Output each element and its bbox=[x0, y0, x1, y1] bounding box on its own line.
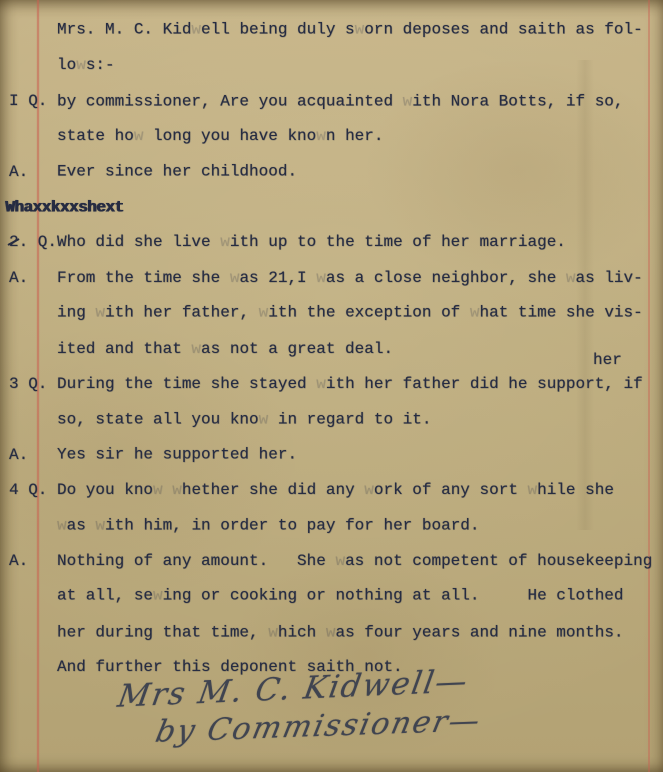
faint-w-glyph: w bbox=[470, 304, 480, 322]
question-label: 3 Q. bbox=[9, 375, 47, 393]
typed-line: I Q. by commissioner, Are you acquainted… bbox=[0, 83, 663, 118]
faint-w-glyph: w bbox=[153, 587, 163, 605]
typed-line: 2. Q. Who did she live with up to the ti… bbox=[0, 224, 663, 259]
faint-w-glyph: w bbox=[230, 269, 240, 287]
faint-w-glyph: w bbox=[76, 56, 86, 74]
faint-w-glyph: w bbox=[153, 481, 163, 499]
typed-line: A. Nothing of any amount. She was not co… bbox=[0, 543, 663, 578]
faint-w-glyph: w bbox=[95, 517, 105, 535]
typed-line: And further this deponent saith not. bbox=[0, 649, 663, 684]
line-text: lows:- bbox=[57, 56, 115, 74]
inserted-word: her bbox=[593, 351, 622, 369]
faint-w-glyph: w bbox=[364, 481, 374, 499]
question-label: 4 Q. bbox=[9, 481, 47, 499]
line-text: so, state all you know in regard to it. bbox=[57, 411, 431, 429]
line-text: Yes sir he supported her. bbox=[57, 445, 297, 463]
typed-line: at all, sewing or cooking or nothing at … bbox=[0, 578, 663, 613]
faint-w-glyph: w bbox=[326, 623, 336, 641]
faint-w-glyph: w bbox=[172, 481, 182, 499]
answer-label: A. bbox=[9, 163, 28, 181]
line-text: her during that time, which was four yea… bbox=[57, 623, 624, 641]
faint-w-glyph: w bbox=[259, 411, 269, 429]
line-text: state how long you have known her. bbox=[57, 127, 383, 145]
line-text: by commissioner, Are you acquainted with… bbox=[57, 92, 624, 110]
line-text: at all, sewing or cooking or nothing at … bbox=[57, 587, 624, 605]
typed-line: ited and that was not a great deal. bbox=[0, 331, 663, 366]
line-text: And further this deponent saith not. bbox=[57, 658, 403, 676]
typed-line: A. From the time she was 21,I was a clos… bbox=[0, 260, 663, 295]
faint-w-glyph: w bbox=[259, 304, 269, 322]
faint-w-glyph: w bbox=[95, 304, 105, 322]
faint-w-glyph: w bbox=[335, 552, 345, 570]
typed-line: Mrs. M. C. Kidwell being duly sworn depo… bbox=[0, 12, 663, 47]
faint-w-glyph: w bbox=[355, 21, 365, 39]
struck-out-text: Whaxxkxxshext bbox=[5, 199, 123, 217]
answer-label: A. bbox=[9, 552, 28, 570]
line-text: Mrs. M. C. Kidwell being duly sworn depo… bbox=[57, 21, 643, 39]
faint-w-glyph: w bbox=[403, 92, 413, 110]
line-text: ited and that was not a great deal. bbox=[57, 340, 393, 358]
typed-line: her during that time, which was four yea… bbox=[0, 614, 663, 649]
answer-label: A. bbox=[9, 269, 28, 287]
typed-line: was with him, in order to pay for her bo… bbox=[0, 507, 663, 542]
line-text: Do you know whether she did any work of … bbox=[57, 481, 614, 499]
line-text: ing with her father, with the exception … bbox=[57, 304, 643, 322]
typed-line: so, state all you know in regard to it. bbox=[0, 401, 663, 436]
typed-line: A. Yes sir he supported her. bbox=[0, 437, 663, 472]
struck-out-line: Whaxxkxxshext bbox=[0, 189, 663, 224]
faint-w-glyph: w bbox=[220, 233, 230, 251]
faint-w-glyph: w bbox=[528, 481, 538, 499]
faint-w-glyph: w bbox=[316, 375, 326, 393]
faint-w-glyph: w bbox=[191, 21, 201, 39]
faint-w-glyph: w bbox=[134, 127, 144, 145]
line-text: was with him, in order to pay for her bo… bbox=[57, 517, 480, 535]
line-text: Nothing of any amount. She was not compe… bbox=[57, 552, 652, 570]
typed-line: 3 Q. During the time she stayed with her… bbox=[0, 366, 663, 401]
line-text: Ever since her childhood. bbox=[57, 162, 297, 180]
faint-w-glyph: w bbox=[316, 269, 326, 287]
answer-label: A. bbox=[9, 446, 28, 464]
line-text: During the time she stayed with her fath… bbox=[57, 375, 643, 393]
line-text: Who did she live with up to the time of … bbox=[57, 233, 566, 251]
faint-w-glyph: w bbox=[316, 127, 326, 145]
line-text: From the time she was 21,I was a close n… bbox=[57, 269, 643, 287]
question-label: I Q. bbox=[9, 92, 47, 110]
deposition-page: Mrs. M. C. Kidwell being duly sworn depo… bbox=[0, 0, 663, 772]
faint-w-glyph: w bbox=[268, 623, 278, 641]
signature-commissioner: by Commissioner— bbox=[152, 703, 484, 750]
faint-w-glyph: w bbox=[566, 269, 576, 287]
typed-line: state how long you have known her. bbox=[0, 118, 663, 153]
typed-line: A. Ever since her childhood. bbox=[0, 154, 663, 189]
typed-line: 4 Q. Do you know whether she did any wor… bbox=[0, 472, 663, 507]
question-label: 2. Q. bbox=[9, 233, 57, 251]
typed-line: lows:- bbox=[0, 47, 663, 82]
typed-line: ing with her father, with the exception … bbox=[0, 295, 663, 330]
typed-text-block: Mrs. M. C. Kidwell being duly sworn depo… bbox=[0, 12, 663, 684]
faint-w-glyph: w bbox=[57, 517, 67, 535]
faint-w-glyph: w bbox=[191, 340, 201, 358]
